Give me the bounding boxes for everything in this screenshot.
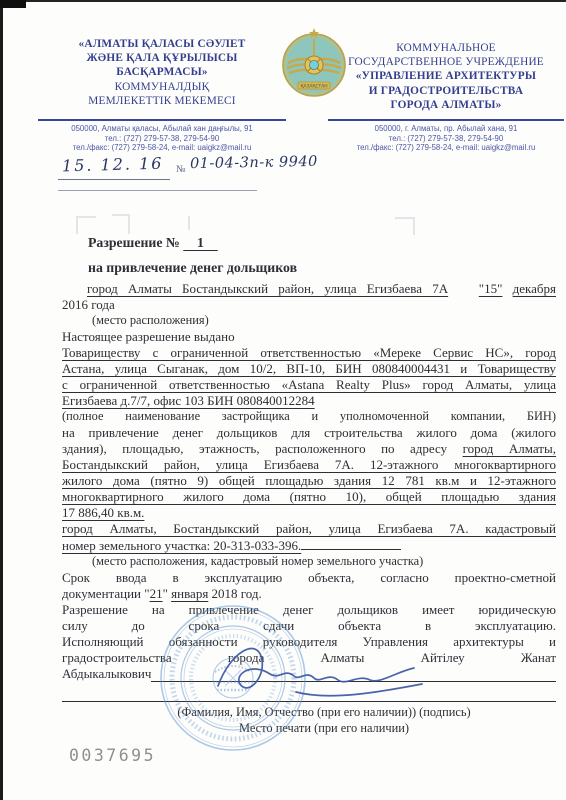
org-line: МЕМЛЕКЕТТІК МЕКЕМЕСІ xyxy=(38,94,286,108)
fill-in-text: Товариществу с ограниченной ответственно… xyxy=(62,345,556,360)
text-run: Абдыкалыкович xyxy=(62,666,151,682)
year-line: 2016 года xyxy=(62,297,556,313)
registration-underline xyxy=(58,190,257,191)
fill-in-text: город Алматы, xyxy=(463,441,556,456)
fill-in-text: января xyxy=(171,586,208,601)
purpose-line-6: 17 886,40 кв.м. xyxy=(62,505,556,521)
fill-in-text: город Алматы Бостандыкский район, улица … xyxy=(87,281,448,296)
scan-edge-artifact-top xyxy=(0,0,566,2)
fill-in-text: Егизбаева д.7/7, офис 103 БИН 0808400122… xyxy=(62,393,315,408)
fill-in-text: с ограниченной ответственностью «Astana … xyxy=(62,377,556,392)
developer-line-2: Астана, улица Сыганак, дом 10/2, ВП-10, … xyxy=(62,361,556,377)
text-run: на привлечение денег дольщиков для строи… xyxy=(62,425,556,440)
text-run: Настоящее разрешение выдано xyxy=(62,329,235,344)
handwritten-date: 15. 12. 16 xyxy=(62,154,164,176)
cadastre-line-2: номер земельного участка: 20-313-033-396… xyxy=(62,537,556,554)
fill-in-text: 21 xyxy=(150,586,163,601)
address-block-russian: 050000, г. Алматы, пр. Абылай хана, 91 т… xyxy=(328,119,564,153)
handwritten-registration-number: 01-04-3п-к 9940 xyxy=(190,154,318,172)
org-line: ГОРОДА АЛМАТЫ» xyxy=(328,98,564,112)
org-line: «АЛМАТЫ ҚАЛАСЫ СӘУЛЕТ xyxy=(38,37,286,51)
org-line: ЖӘНЕ ҚАЛА ҚҰРЫЛЫСЫ xyxy=(38,51,286,65)
cadastre-line-1: город Алматы, Бостандыкский район, улица… xyxy=(62,521,556,537)
signature-ink xyxy=(200,634,435,709)
address-line: тел.: (727) 279-57-38, 279-54-90 xyxy=(38,134,286,144)
text-run: (место расположения, кадастровый номер з… xyxy=(92,554,423,568)
number-sign-label: № xyxy=(176,164,186,175)
text-run: (полное наименование застройщика и уполн… xyxy=(62,409,556,423)
fill-in-text: Бостандыкский район, улица Егизбаева 7А.… xyxy=(62,457,556,472)
address-line: тел.: (727) 279-57-38, 279-54-90 xyxy=(328,134,564,144)
blank-underline xyxy=(301,537,401,550)
text-run: 2016 года xyxy=(62,297,115,312)
scan-registration-mark xyxy=(76,216,96,234)
permit-subtitle: на привлечение денег дольщиков xyxy=(62,258,556,277)
emblem-banner-text: ҚАЗАҚСТАН xyxy=(300,83,327,89)
address-block-kazakh: 050000, Алматы қаласы, Абылай хан даңғыл… xyxy=(38,119,286,153)
location-caption: (место расположения) xyxy=(62,313,556,329)
text-run: документации " xyxy=(62,586,150,601)
purpose-line-1: на привлечение денег дольщиков для строи… xyxy=(62,425,556,441)
text-run xyxy=(502,281,512,296)
scan-registration-mark xyxy=(188,216,202,230)
issued-line: Настоящее разрешение выдано xyxy=(62,329,556,345)
fill-in-text: 1 xyxy=(183,235,218,250)
fill-in-text: декабря xyxy=(513,281,556,296)
address-line: 050000, Алматы қаласы, Абылай хан даңғыл… xyxy=(38,124,286,134)
text-run: на привлечение денег дольщиков xyxy=(88,260,297,275)
fill-in-text: город Алматы, Бостандыкский район, улица… xyxy=(62,521,556,536)
text-run xyxy=(448,281,479,296)
cadastre-caption: (место расположения, кадастровый номер з… xyxy=(62,554,556,570)
text-run: 2018 год. xyxy=(208,586,262,601)
text-run: Разрешение № xyxy=(88,235,183,250)
org-line: КОММУНАЛЬНОЕ xyxy=(328,41,564,55)
scan-edge-artifact-left xyxy=(0,0,3,800)
address-line: 050000, г. Алматы, пр. Абылай хана, 91 xyxy=(328,124,564,134)
date-underline xyxy=(58,179,170,180)
org-line: КОММУНАЛДЫҚ xyxy=(38,80,286,94)
permit-title: Разрешение № 1 xyxy=(62,233,556,252)
purpose-line-3: Бостандыкский район, улица Егизбаева 7А.… xyxy=(62,457,556,473)
purpose-line-5: многоквартирного жилого дома (пятно 10),… xyxy=(62,489,556,505)
purpose-line-4: жилого дома (пятно 9) общей площадью зда… xyxy=(62,473,556,489)
fill-in-text: Астана, улица Сыганак, дом 10/2, ВП-10, … xyxy=(62,361,556,376)
fill-in-text: многоквартирного жилого дома (пятно 10),… xyxy=(62,489,556,504)
org-line: ГОСУДАРСТВЕННОЕ УЧРЕЖДЕНИЕ xyxy=(328,55,564,69)
org-name-kazakh: «АЛМАТЫ ҚАЛАСЫ СӘУЛЕТ ЖӘНЕ ҚАЛА ҚҰРЫЛЫСЫ… xyxy=(38,37,286,108)
address-line: тел./факс: (727) 279-58-24, e-mail: uaig… xyxy=(328,143,564,153)
developer-line-3: с ограниченной ответственностью «Astana … xyxy=(62,377,556,393)
fill-in-text: "15" xyxy=(479,281,503,296)
developer-line-1: Товариществу с ограниченной ответственно… xyxy=(62,345,556,361)
scan-corner-artifact xyxy=(0,0,26,8)
org-line: «УПРАВЛЕНИЕ АРХИТЕКТУРЫ xyxy=(328,69,564,83)
fill-in-text: номер земельного участка: 20-313-033-396… xyxy=(62,538,301,553)
org-line: И ГРАДОСТРОИТЕЛЬСТВА xyxy=(328,84,564,98)
scan-registration-mark xyxy=(112,214,130,234)
text-run: Срок ввода в эксплуатацию объекта, согла… xyxy=(62,570,556,585)
developer-caption: (полное наименование застройщика и уполн… xyxy=(62,409,556,425)
org-name-russian: КОММУНАЛЬНОЕ ГОСУДАРСТВЕННОЕ УЧРЕЖДЕНИЕ … xyxy=(328,41,564,112)
org-line: БАСҚАРМАСЫ» xyxy=(38,65,286,79)
text-run: (место расположения) xyxy=(92,313,209,327)
location-date-line: город Алматы Бостандыкский район, улица … xyxy=(62,281,556,297)
deadline-line-1: Срок ввода в эксплуатацию объекта, согла… xyxy=(62,570,556,586)
address-line: тел./факс: (727) 279-58-24, e-mail: uaig… xyxy=(38,143,286,153)
purpose-line-2: здания), площадью, этажность, расположен… xyxy=(62,441,556,457)
form-serial-number: 0037695 xyxy=(69,746,156,765)
scanned-permit-document: «АЛМАТЫ ҚАЛАСЫ СӘУЛЕТ ЖӘНЕ ҚАЛА ҚҰРЫЛЫСЫ… xyxy=(0,0,566,800)
text-run: здания), площадью, этажность, расположен… xyxy=(62,441,463,456)
fill-in-text: 17 886,40 кв.м. xyxy=(62,505,144,520)
text-run: " xyxy=(163,586,172,601)
developer-line-4: Егизбаева д.7/7, офис 103 БИН 0808400122… xyxy=(62,393,556,409)
fill-in-text: жилого дома (пятно 9) общей площадью зда… xyxy=(62,473,556,488)
